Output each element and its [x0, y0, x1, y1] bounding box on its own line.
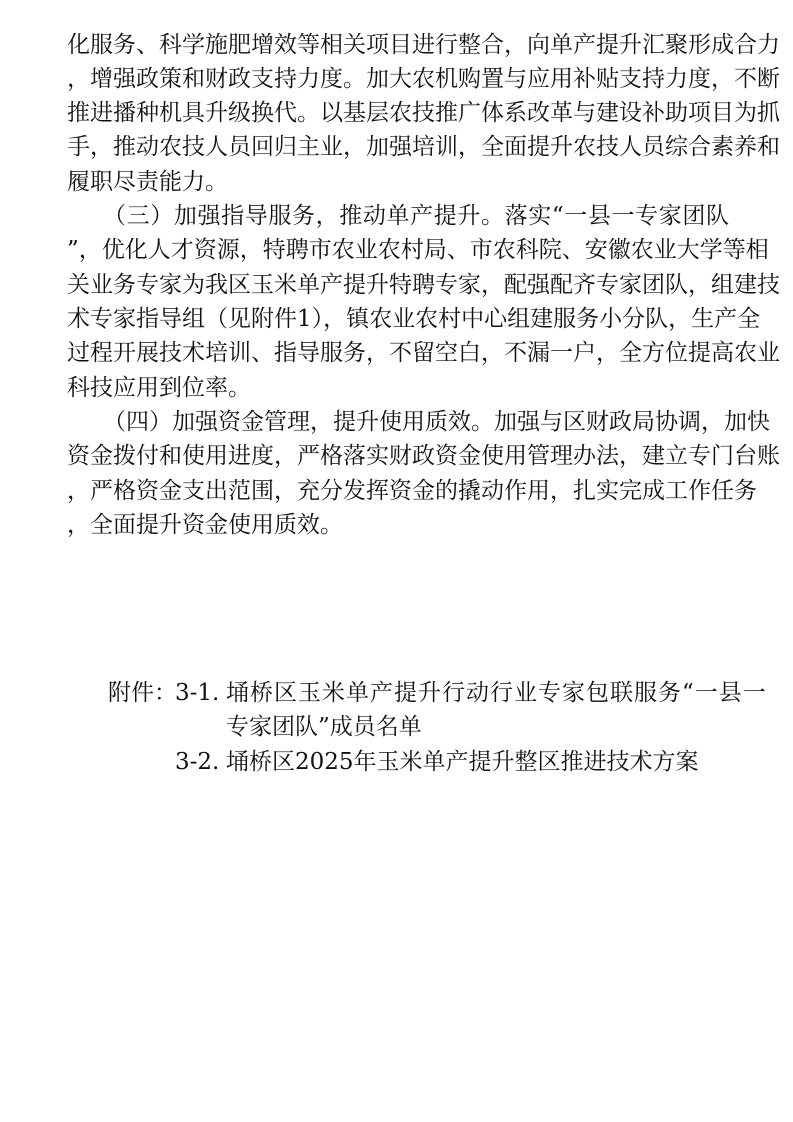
text-line: （三）加强指导服务，推动单产提升。落实“一县一专家团队	[103, 199, 729, 233]
text-line: （四）加强资金管理，提升使用质效。加强与区财政局协调，加快	[103, 405, 729, 439]
text-line: 过程开展技术培训、指导服务，不留空白，不漏一户，全方位提高农业	[67, 336, 729, 370]
text-line: 关业务专家为我区玉米单产提升特聘专家，配强配齐专家团队，组建技	[67, 268, 729, 302]
document-page: 化服务、科学施肥增效等相关项目进行整合，向单产提升汇聚形成合力 ，增强政策和财政…	[0, 0, 793, 1122]
text-line: 手，推动农技人员回归主业，加强培训，全面提升农技人员综合素养和	[67, 130, 729, 164]
text-line: 化服务、科学施肥增效等相关项目进行整合，向单产提升汇聚形成合力	[67, 28, 729, 62]
attachment-title: 埇桥区2025年玉米单产提升整区推进技术方案	[226, 745, 699, 779]
text-line: 推进播种机具升级换代。以基层农技推广体系改革与建设补助项目为抓	[67, 96, 729, 130]
text-line: ，全面提升资金使用质效。	[67, 508, 729, 542]
text-line: ”，优化人才资源，特聘市农业农村局、市农科院、安徽农业大学等相	[67, 233, 729, 267]
text-line: 资金拨付和使用进度，严格落实财政资金使用管理办法，建立专门台账	[67, 439, 729, 473]
text-line: ，严格资金支出范围，充分发挥资金的撬动作用，扎实完成工作任务	[67, 474, 729, 508]
text-line: 履职尽责能力。	[67, 165, 729, 199]
text-line: ，增强政策和财政支持力度。加大农机购置与应用补贴支持力度，不断	[67, 62, 729, 96]
text-line: 科技应用到位率。	[67, 371, 729, 405]
text-line: 术专家指导组（见附件1），镇农业农村中心组建服务小分队，生产全	[67, 302, 729, 336]
attachment-number: 3-2.	[175, 745, 219, 779]
attachment-number: 3-1.	[175, 676, 219, 710]
attachment-title: 埇桥区玉米单产提升行动行业专家包联服务“一县一	[226, 676, 767, 710]
attachment-title-continued: 专家团队”成员名单	[226, 710, 422, 744]
attachments-label: 附件：	[108, 676, 177, 710]
